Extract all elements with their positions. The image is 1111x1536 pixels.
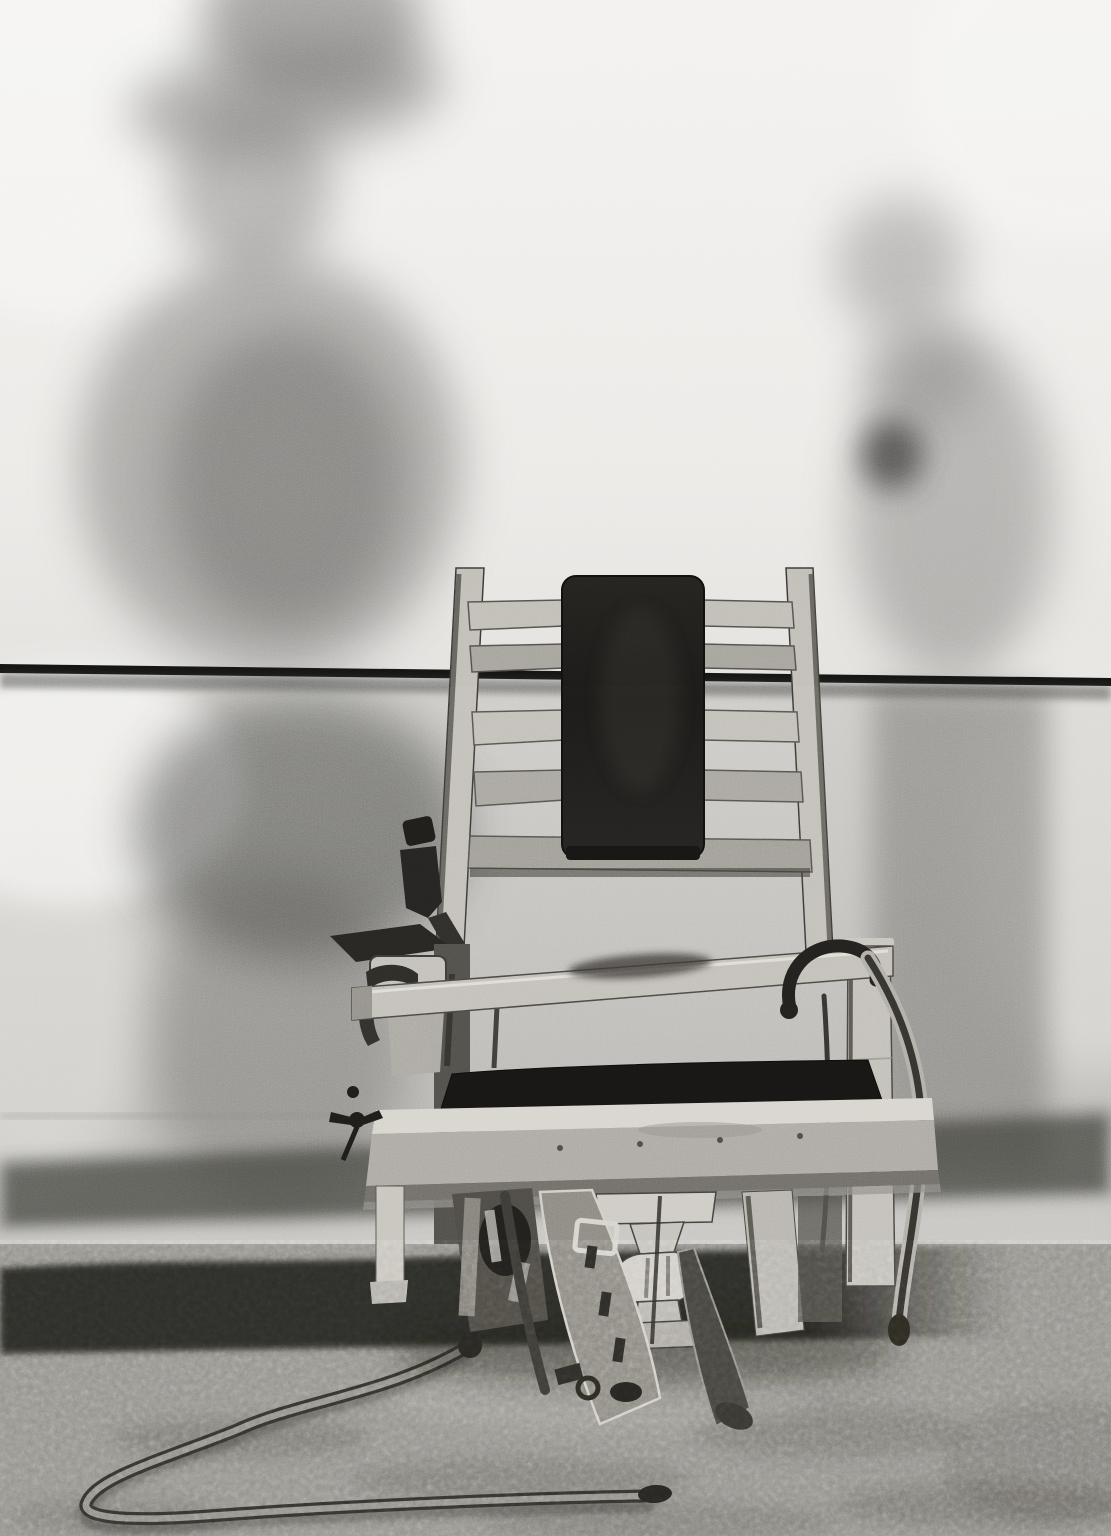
grain-lower-wall [0,686,1111,1246]
photo-canvas [0,0,1111,1536]
grain-floor-coarse [0,1240,1111,1536]
photograph-electric-chair [0,0,1111,1536]
film-grain [0,0,1111,1536]
